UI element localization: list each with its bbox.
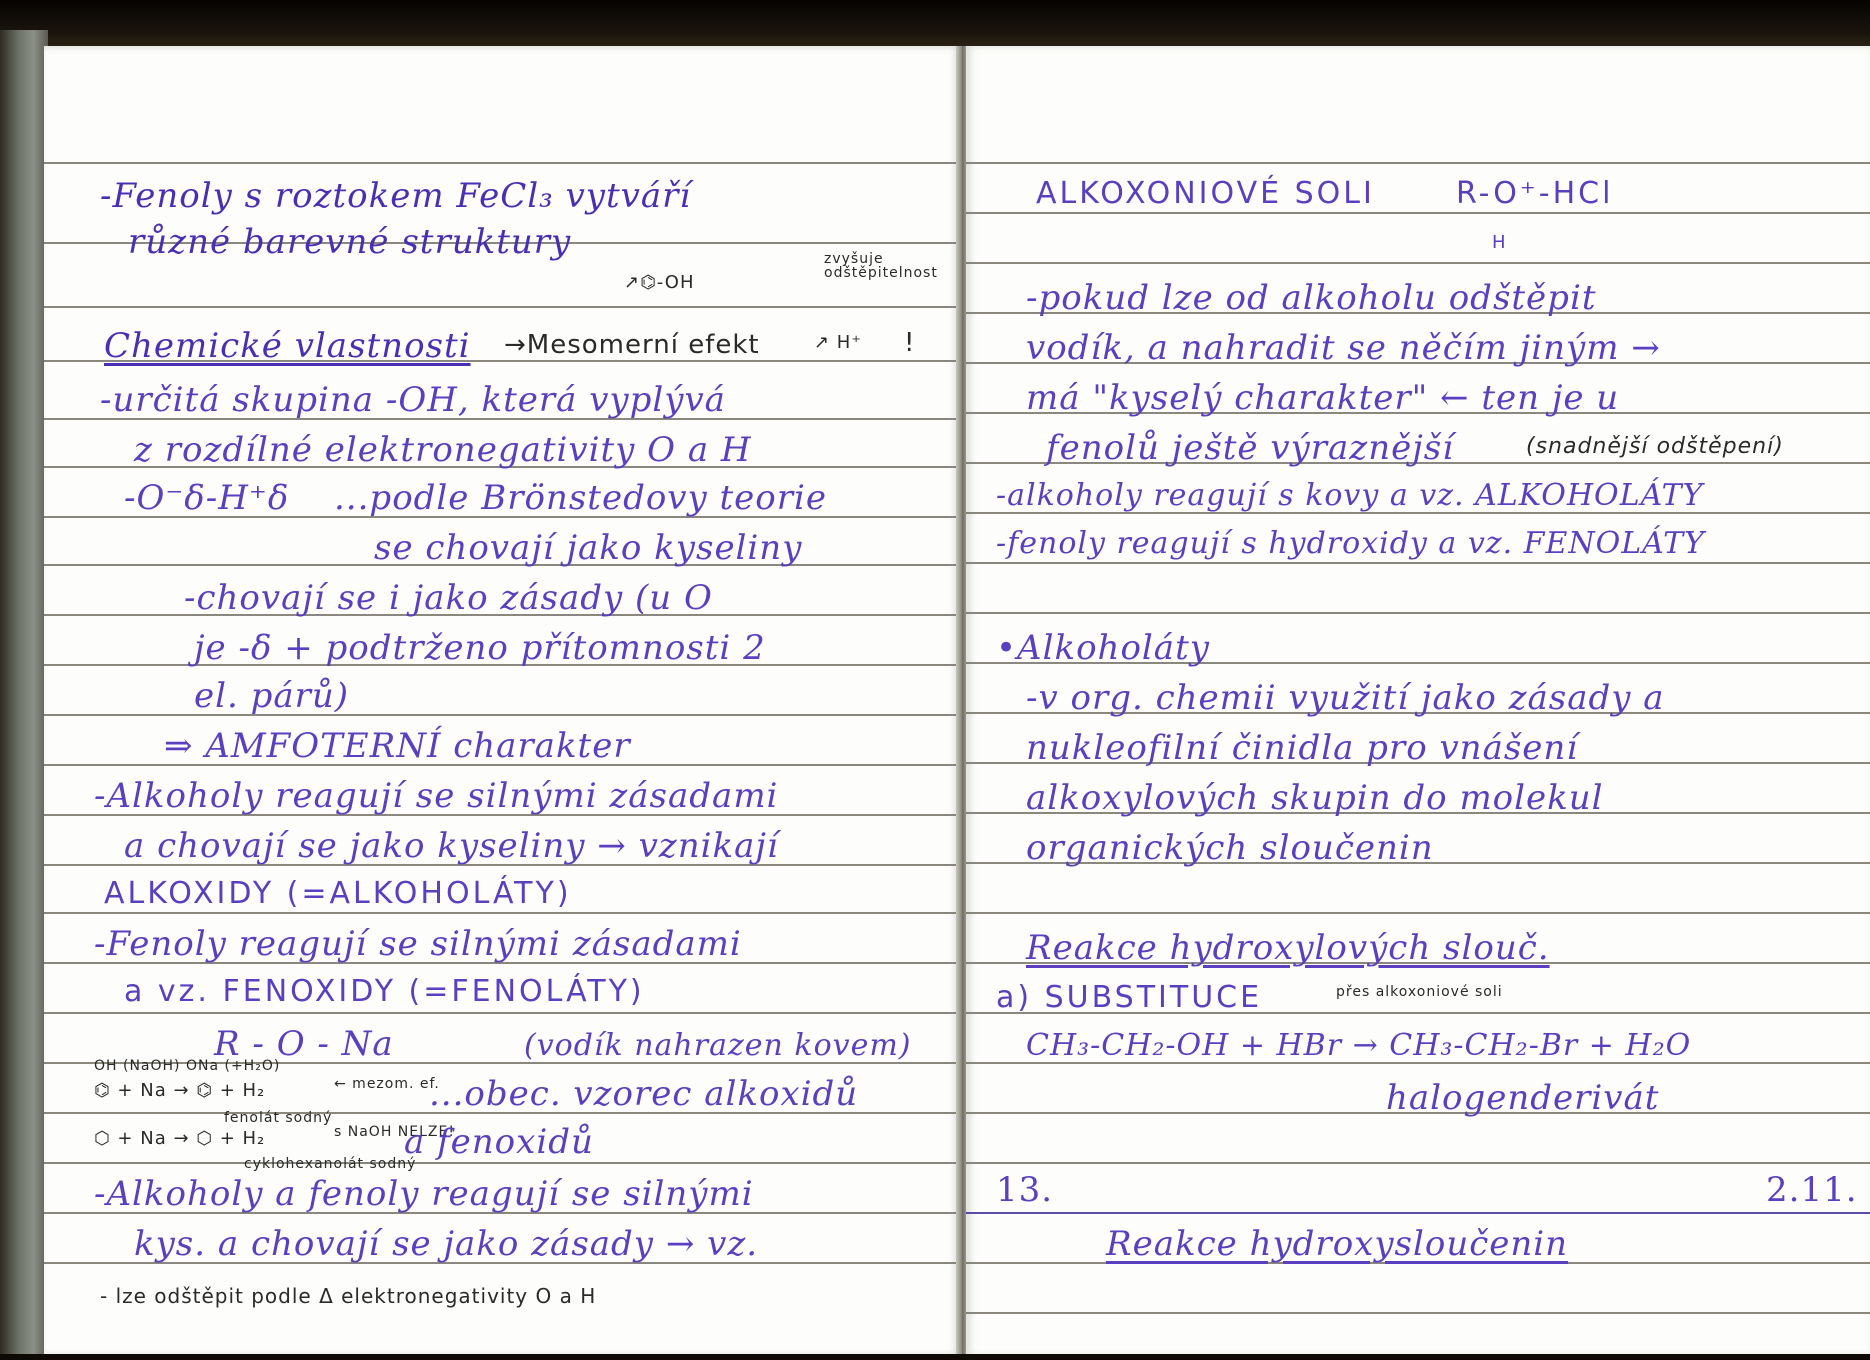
ruled-line — [44, 912, 960, 914]
ruled-line — [966, 162, 1870, 164]
mezom-note: ← mezom. ef. — [334, 1076, 440, 1092]
footnote-line: - lze odštěpit podle Δ elektronegativity… — [100, 1284, 596, 1308]
mesomeric-effect-note: →Mesomerní efekt — [504, 330, 760, 360]
fenolat-label: fenolát sodný — [224, 1110, 332, 1126]
note-line: -Fenoly s roztokem FeCl₃ vytváří — [100, 176, 691, 216]
note-line: nukleofilní činidla pro vnášení — [1026, 728, 1578, 768]
reaction-label: OH (NaOH) ONa (+H₂O) — [94, 1058, 280, 1074]
note-line: el. párů) — [194, 676, 349, 716]
oxonium-h: H — [1492, 232, 1509, 253]
product-label: halogenderivát — [1386, 1078, 1659, 1118]
note-line: -alkoholy reagují s kovy a vz. ALKOHOLÁT… — [996, 478, 1703, 513]
note-line: -v org. chemii využití jako zásady a — [1026, 678, 1665, 718]
section-heading: Reakce hydroxylových slouč. — [1026, 928, 1550, 968]
dipole-formula: -O⁻δ-H⁺δ — [124, 478, 289, 518]
entry-date: 2.11. — [1766, 1170, 1858, 1210]
note-line: kys. a chovají se jako zásady → vz. — [134, 1224, 758, 1264]
ruled-line — [44, 714, 960, 716]
ruled-line — [966, 262, 1870, 264]
note-line: různé barevné struktury — [128, 222, 571, 262]
ruled-line — [966, 562, 1870, 564]
scan-bottom-edge — [0, 1354, 1870, 1360]
substitution-heading: a) SUBSTITUCE — [996, 980, 1262, 1015]
section-heading: Chemické vlastnosti — [104, 326, 471, 366]
note-line: -určitá skupina -OH, která vyplývá — [100, 380, 726, 420]
cyklohexanolat-label: cyklohexanolát sodný — [244, 1156, 416, 1172]
reaction-cyclohexanol-sodium: ⬡ + Na → ⬡ + H₂ — [94, 1128, 265, 1149]
entry-title: Reakce hydroxysloučenin — [1106, 1224, 1568, 1264]
ruled-line — [44, 306, 960, 308]
ruled-line — [44, 162, 960, 164]
note-line: a chovají se jako kyseliny → vznikají — [124, 826, 779, 866]
substitution-equation: CH₃-CH₂-OH + HBr → CH₃-CH₂-Br + H₂O — [1026, 1028, 1691, 1063]
note-line: a fenoxidů — [404, 1122, 594, 1162]
note-line: -Alkoholy reagují se silnými zásadami — [94, 776, 778, 816]
ruled-line — [966, 912, 1870, 914]
note-line: ...obec. vzorec alkoxidů — [429, 1074, 858, 1114]
note-line: -Fenoly reagují se silnými zásadami — [94, 924, 742, 964]
notebook-cover-edge — [0, 30, 48, 1360]
note-line: -fenoly reagují s hydroxidy a vz. FENOLÁ… — [996, 526, 1705, 561]
note-line: vodík, a nahradit se něčím jiným → — [1026, 328, 1661, 368]
subsection-heading: •Alkoholáty — [996, 628, 1210, 668]
ruled-line — [966, 1312, 1870, 1314]
h-plus-note: ↗ H⁺ — [814, 332, 862, 353]
note-line: -pokud lze od alkoholu odštěpit — [1026, 278, 1596, 318]
oxonium-formula: R-O⁺-HCl — [1456, 176, 1613, 211]
note-line: ALKOXIDY (=ALKOHOLÁTY) — [104, 876, 572, 911]
note-line: -chovají se i jako zásady (u O — [184, 578, 713, 618]
right-page: ALKOXONIOVÉ SOLI R-O⁺-HCl H -pokud lze o… — [966, 46, 1870, 1356]
note-line: se chovají jako kyseliny — [374, 528, 802, 568]
exclamation: ! — [904, 328, 915, 358]
ruled-line — [966, 1162, 1870, 1164]
note-line: je -δ + podtrženo přítomnosti 2 — [194, 628, 766, 668]
note-line: (vodík nahrazen kovem) — [524, 1028, 912, 1063]
phenol-structure-sketch: ↗⌬-OH — [624, 272, 695, 293]
margin-note: zvyšuje odštěpitelnost — [824, 252, 944, 280]
ruled-line — [44, 1012, 960, 1014]
ruled-line — [966, 612, 1870, 614]
note-line: -Alkoholy a fenoly reagují se silnými — [94, 1174, 754, 1214]
ruled-line — [966, 212, 1870, 214]
note-line: má "kyselý charakter" ← ten je u — [1026, 378, 1619, 418]
reaction-phenol-sodium: ⌬ + Na → ⌬ + H₂ — [94, 1080, 265, 1101]
left-page: -Fenoly s roztokem FeCl₃ vytváří různé b… — [44, 46, 960, 1356]
note-line: fenolů ještě výraznější — [1046, 428, 1454, 468]
note-line: ⇒ AMFOTERNÍ charakter — [164, 726, 631, 766]
note-line: (snadnější odštěpení) — [1526, 434, 1784, 459]
ruled-line — [44, 1162, 960, 1164]
note-line: ...podle Brönstedovy teorie — [334, 478, 827, 518]
note-line: alkoxylových skupin do molekul — [1026, 778, 1604, 818]
note-line: organických sloučenin — [1026, 828, 1434, 868]
section-heading: ALKOXONIOVÉ SOLI — [1036, 176, 1375, 211]
scan-top-edge — [0, 0, 1870, 46]
reaction-note: přes alkoxoniové soli — [1336, 984, 1503, 1000]
note-line: a vz. FENOXIDY (=FENOLÁTY) — [124, 974, 645, 1009]
ruled-line — [966, 1212, 1870, 1214]
note-line: z rozdílné elektronegativity O a H — [134, 430, 752, 470]
entry-number: 13. — [996, 1170, 1053, 1210]
